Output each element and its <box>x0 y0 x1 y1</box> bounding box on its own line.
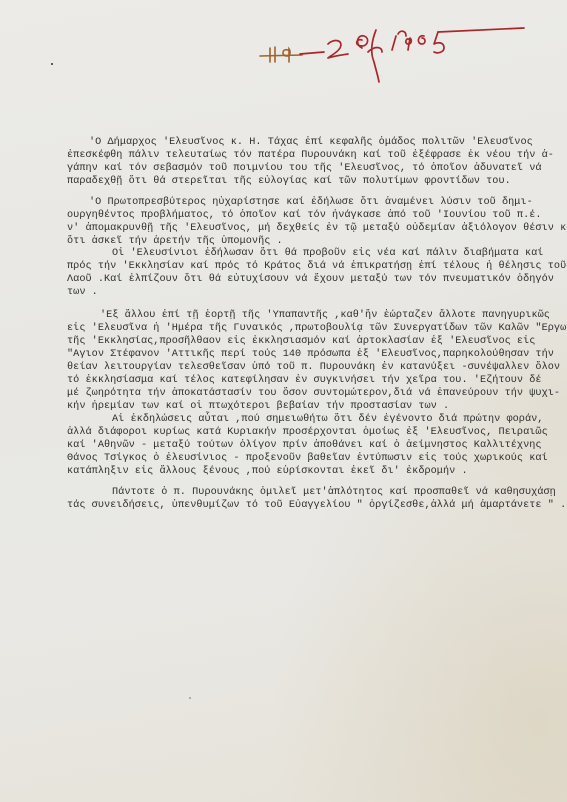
text-line: γάπην καί τόν σεβασμόν τοῦ ποιμνίου του … <box>67 162 542 175</box>
handwritten-annotation: -119-2 Φεβ 1965 <box>258 22 528 84</box>
text-line: τό ἐκκλησίασμα καί τέλος κατεφίλησαν ἐν … <box>67 374 542 387</box>
text-line: ἐπεσκέφθη πάλιν τελευταίως τόν πατέρα Πυ… <box>67 149 554 162</box>
text-line: παραδεχθῇ ὅτι θά στερεῖται τῆς εὐλογίας … <box>67 175 511 188</box>
text-line: μέ ζωηρότητα τήν ἀποκατάστασίν του ὅσον … <box>67 387 560 400</box>
text-line: κατάπληξιν εἰς ἄλλους ξένους ,πού εὑρίσκ… <box>67 465 468 478</box>
text-line: Αἱ ἐκδηλώσεις αὗται ,πού σημειωθήτω ὅτι … <box>112 413 543 426</box>
text-line: θείαν λειτουργίαν τελεσθεῖσαν ὑπό τοῦ π.… <box>67 361 560 374</box>
text-line: ν' ἀπομακρυνθῇ τῆς 'Ελευσῖνος, μή δεχθεί… <box>67 222 567 235</box>
text-line: "Αγιον Στέφανον 'Αττικῆς περί τούς 140 π… <box>67 348 554 361</box>
text-line: καί 'Αθηνῶν - μεταξύ τούτων ὀλίγον πρίν … <box>67 439 542 452</box>
text-line: τῆς 'Εκκλησίας,προσῆλθαον εἰς ἐκκλησιασμ… <box>67 335 535 348</box>
text-line: των . <box>67 286 98 299</box>
text-line: Οἱ 'Ελευσίνιοι ἐδήλωσαν ὅτι θά προβοῦν ε… <box>112 247 543 260</box>
text-line: κήν ἠρεμίαν των καί οἱ πτωχότεροι βεβαία… <box>67 400 449 413</box>
paper-speck <box>189 697 191 699</box>
text-line: 'Ο Δήμαρχος 'Ελευσῖνος κ. Η. Τάχας ἐπί κ… <box>89 136 533 149</box>
text-line: ουργηθέντος προβλήματος, τό ὁποῖον καί τ… <box>67 209 542 222</box>
text-line: Λαοῦ .Καί ἐλπίζουν ὅτι θά εὐτυχίσουν νά … <box>67 273 554 286</box>
text-line: Θάνος Τσίγκος ὁ ἐλευσίνιος - προξενοῦν β… <box>67 452 548 465</box>
text-line: Πάντοτε ὁ π. Πυρουνάκης ὁμιλεῖ μετ'ἁπλότ… <box>112 486 556 499</box>
document-page: -119-2 Φεβ 1965 <box>0 0 567 802</box>
text-line: πρός τήν 'Εκκλησίαν καί πρός τό Κράτος δ… <box>67 260 566 273</box>
text-line: 'Εξ ἄλλου ἐπί τῇ ἑορτῇ τῆς 'Υπαπαντῆς ,κ… <box>100 309 550 322</box>
text-line: 'Ο Πρωτοπρεσβύτερος ηὐχαρίστησε καί ἐδήλ… <box>89 196 533 209</box>
text-line: ἀλλά διάφοροι κυρίως κατά Κυριακήν προσέ… <box>67 426 548 439</box>
handwritten-date-mark <box>258 22 528 84</box>
text-line: τάς συνειδήσεις, ὑπενθυμίζων τό τοῦ Εὐαγ… <box>67 499 566 512</box>
paper-speck <box>51 63 53 65</box>
text-line: εἰς 'Ελευσῖνα ἡ 'Ημέρα τῆς Γυναικός ,πρω… <box>67 322 567 335</box>
